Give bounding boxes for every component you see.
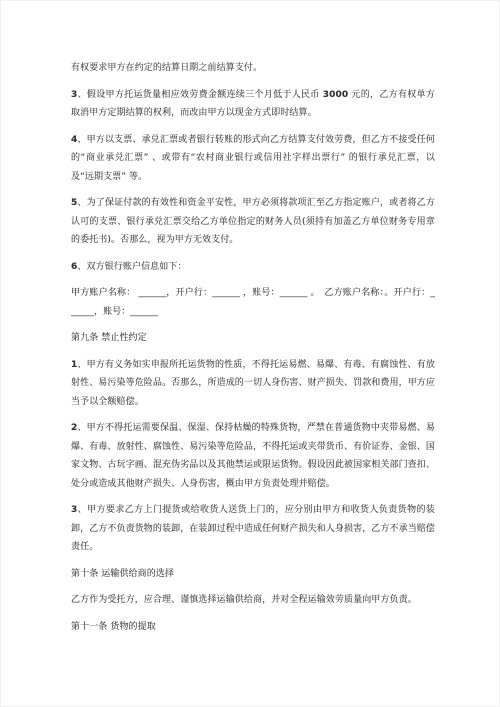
contract-clause-3-settlement-minimum: 3、假设甲方托运货量相应效劳费金额连续三个月低于人民币 3000 元的，乙方有权…: [71, 86, 435, 123]
section-heading-article-9: 第九条 禁止性约定: [71, 329, 435, 348]
contract-clause-6-bank-info-intro: 6、双方银行账户信息如下：: [71, 258, 435, 277]
contract-document: 有权要求甲方在约定的结算日期之前结算支付。 3、假设甲方托运货量相应效劳费金额连…: [71, 59, 435, 636]
contract-clause-4-payment-forms: 4、甲方以支票、承兑汇票或者银行转账的形式向乙方结算支付效劳费，但乙方不接受任何…: [71, 131, 435, 187]
section-heading-article-10: 第十条 运输供给商的选择: [71, 565, 435, 584]
bank-account-blanks-line: 甲方账户名称： ______，开户行：______ ，账号：______ 。 乙…: [71, 284, 435, 321]
article-9-clause-2-prohibited-items: 2、甲方不得托运需要保温、保湿、保持枯燥的特殊货物，严禁在普通货物中夹带易燃、易…: [71, 419, 435, 493]
document-page: 有权要求甲方在约定的结算日期之前结算支付。 3、假设甲方托运货量相应效劳费金额连…: [0, 0, 500, 707]
contract-paragraph-settlement-tail: 有权要求甲方在约定的结算日期之前结算支付。: [71, 59, 435, 78]
article-9-clause-1-dangerous-goods: 1、甲方有义务如实申报所托运货物的性质，不得托运易燃、易爆、有毒、有腐蚀性、有放…: [71, 356, 435, 412]
article-10-carrier-selection: 乙方作为受托方，应合理、谨慎选择运输供给商，并对全程运输效劳质量向甲方负责。: [71, 591, 435, 610]
section-heading-article-11: 第十一条 货物的提取: [71, 618, 435, 637]
contract-clause-5-payment-validity: 5、为了保证付款的有效性和资金平安性，甲方必须将款项汇至乙方指定账户，或者将乙方…: [71, 194, 435, 250]
article-9-clause-3-loading-unloading: 3、甲方要求乙方上门提货或给收货人送货上门的，应分别由甲方和收货人负责货物的装卸…: [71, 501, 435, 557]
